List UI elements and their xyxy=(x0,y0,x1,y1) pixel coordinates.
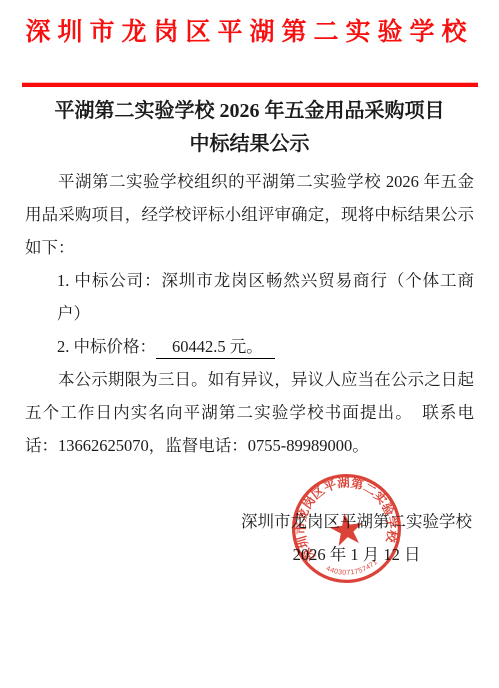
seal-star-icon xyxy=(328,511,365,547)
winning-company-line: 1. 中标公司：深圳市龙岗区畅然兴贸易商行（个体工商户） xyxy=(25,264,474,330)
seal-graphic: 深圳市龙岗区平湖第二实验学校 4403071757471 xyxy=(282,464,412,594)
red-divider-line xyxy=(22,83,478,87)
official-seal-stamp: 深圳市龙岗区平湖第二实验学校 4403071757471 xyxy=(282,464,412,594)
document-title-line2: 中标结果公示 xyxy=(0,128,499,161)
document-title-line1: 平湖第二实验学校 2026 年五金用品采购项目 xyxy=(0,95,499,128)
intro-paragraph: 平湖第二实验学校组织的平湖第二实验学校 2026 年五金用品采购项目，经学校评标… xyxy=(25,165,474,264)
winning-company-label: 1. 中标公司： xyxy=(57,271,161,290)
announcement-page: 深圳市龙岗区平湖第二实验学校 平湖第二实验学校 2026 年五金用品采购项目 中… xyxy=(0,0,499,688)
winning-price-label: 2. 中标价格： xyxy=(57,337,156,356)
document-title: 平湖第二实验学校 2026 年五金用品采购项目 中标结果公示 xyxy=(0,95,499,161)
winning-price-line: 2. 中标价格：60442.5 元。 xyxy=(25,330,474,363)
seal-code-text: 4403071757471 xyxy=(324,558,380,580)
notice-paragraph: 本公示期限为三日。如有异议，异议人应当在公示之日起五个工作日内实名向平湖第二实验… xyxy=(25,363,474,462)
winning-price-value: 60442.5 元。 xyxy=(156,337,275,359)
document-body: 平湖第二实验学校组织的平湖第二实验学校 2026 年五金用品采购项目，经学校评标… xyxy=(25,165,474,462)
school-header-title: 深圳市龙岗区平湖第二实验学校 xyxy=(0,0,499,50)
